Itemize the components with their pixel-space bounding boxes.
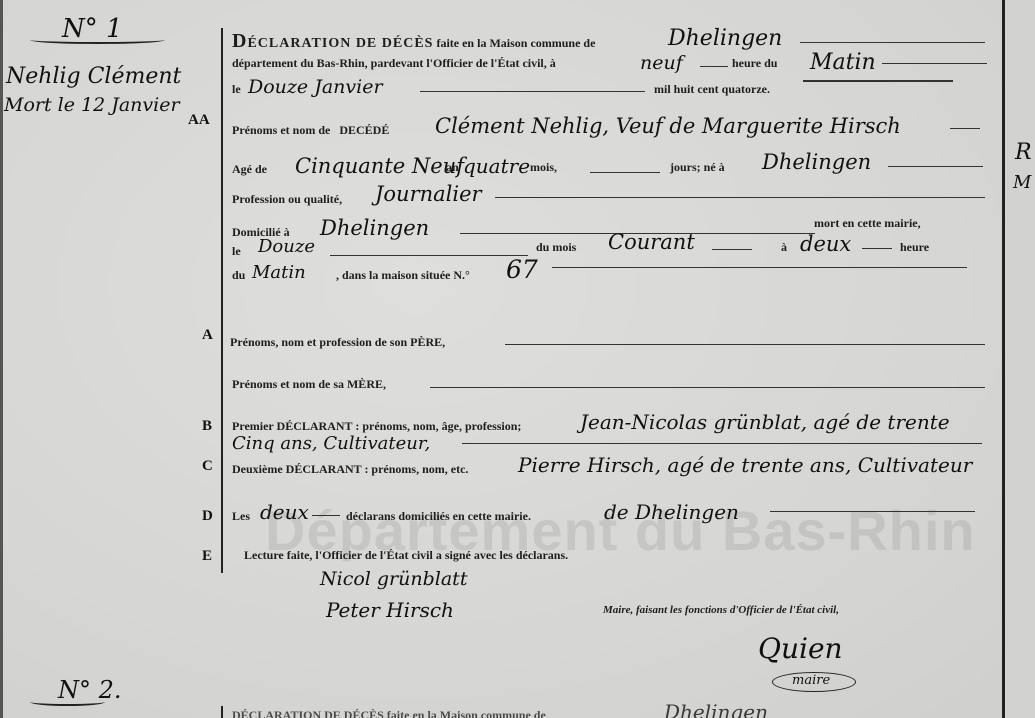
mayor-caption: Maire, faisant les fonctions d'Officier …: [603, 604, 839, 616]
next-page-fragment: M: [1013, 172, 1031, 193]
declarant-count-value: deux: [260, 500, 309, 524]
birthplace-value: Dhelingen: [762, 150, 871, 174]
declarant1-value-cont: Cinq ans, Cultivateur,: [232, 433, 430, 454]
page-edge: [0, 0, 3, 718]
declarant1-signature: Nicol grünblatt: [320, 568, 467, 590]
mother-label: Prénoms et nom de sa MÈRE,: [232, 377, 386, 392]
period-value: Matin: [810, 50, 876, 75]
title-capital: D: [232, 30, 247, 52]
declarant1-label: Premier DÉCLARANT : prénoms, nom, âge, p…: [232, 419, 521, 434]
document-page: Département du Bas-Rhin R M N° 1 Nehlig …: [0, 0, 1035, 718]
les-text: Les: [232, 509, 250, 524]
section-letter: B: [202, 418, 212, 435]
house-text: , dans la maison située N.°: [336, 268, 470, 283]
fill-line: [330, 255, 528, 256]
age-months-value: quatre: [463, 154, 530, 178]
form-left-rule: [221, 28, 223, 573]
heure-du-text: heure du: [732, 56, 777, 71]
death-month-value: Courant: [608, 230, 695, 254]
heure-text: heure: [900, 240, 929, 255]
declarants-domicile-text: déclarans domiciliés en cette mairie.: [346, 509, 531, 524]
le-text: le: [232, 244, 241, 259]
next-page-fragment: R: [1015, 140, 1032, 165]
flourish: [30, 698, 105, 706]
mayor-title: maire: [792, 673, 830, 688]
fill-line: [862, 248, 892, 249]
deceased-value: Clément Nehlig, Veuf de Marguerite Hirsc…: [435, 114, 901, 138]
deceased-label-text: Prénoms et nom de: [232, 123, 330, 137]
fill-line: [712, 249, 752, 250]
fill-line: [882, 63, 987, 64]
deceased-label: Prénoms et nom de DECÉDÉ: [232, 123, 389, 138]
title-rest: ÉCLARATION DE DÉCÈS: [247, 36, 433, 51]
fill-line: [950, 128, 980, 129]
entry2-commune: Dhelingen: [664, 700, 768, 718]
declarant2-value: Pierre Hirsch, agé de trente ans, Cultiv…: [518, 453, 972, 477]
heading-intro: faite en la Maison commune de: [436, 36, 595, 50]
fill-line: [888, 166, 983, 167]
du-text: du: [232, 268, 245, 283]
mother-fill-line: [430, 387, 985, 388]
reading-statement: Lecture faite, l'Officier de l'État civi…: [244, 548, 568, 563]
section-letter: AA: [188, 112, 210, 129]
entry2-heading: DÉCLARATION DE DÉCÈS faite en la Maison …: [232, 708, 546, 718]
house-period-value: Matin: [252, 262, 306, 283]
mayor-signature: Quien: [758, 632, 843, 665]
house-number-value: 67: [506, 255, 538, 284]
declarant2-signature: Peter Hirsch: [326, 598, 454, 622]
mort-text: mort en cette mairie,: [814, 216, 921, 231]
father-fill-line: [505, 344, 985, 345]
fill-line: [700, 66, 728, 67]
age-label: Agé de: [232, 162, 267, 177]
form-left-rule-entry2: [221, 706, 223, 718]
death-day-value: Douze: [258, 236, 315, 257]
commune-value: Dhelingen: [668, 26, 782, 51]
an-text: an: [446, 160, 459, 175]
section-letter: C: [202, 458, 213, 475]
year-text: mil huit cent quatorze.: [654, 82, 770, 97]
hour-value: neuf: [640, 52, 683, 74]
jours-text: jours; né à: [670, 160, 725, 175]
a-text: à: [781, 240, 787, 255]
declarant1-value: Jean-Nicolas grünblat, agé de trente: [580, 410, 950, 434]
fill-line: [420, 91, 645, 92]
fill-line: [495, 197, 985, 198]
deceased-margin-name: Nehlig Clément: [6, 64, 181, 89]
age-years-value: Cinquante Neuf: [295, 154, 464, 178]
declarant2-label: Deuxième DÉCLARANT : prénoms, nom, etc.: [232, 462, 468, 477]
heading-title: DÉCLARATION DE DÉCÈS faite en la Maison …: [232, 30, 595, 53]
du-mois-text: du mois: [536, 240, 576, 255]
deceased-label-caps: DECÉDÉ: [339, 123, 389, 137]
fill-line: [590, 172, 660, 173]
section-letter: E: [202, 548, 212, 565]
registration-date: Douze Janvier: [248, 76, 383, 98]
death-hour-value: deux: [800, 232, 851, 256]
death-margin-note: Mort le 12 Janvier: [4, 94, 180, 116]
fill-line: [800, 42, 985, 43]
flourish: [30, 36, 165, 44]
mois-text: mois,: [530, 160, 557, 175]
declarants-domicile-value: de Dhelingen: [604, 500, 739, 524]
profession-label: Profession ou qualité,: [232, 192, 342, 207]
fill-line: [462, 443, 982, 444]
fill-line: [803, 80, 953, 82]
fill-line: [312, 515, 340, 516]
father-label: Prénoms, nom et profession de son PÈRE,: [230, 335, 445, 350]
next-page-margin: R M: [1005, 0, 1035, 718]
profession-value: Journalier: [375, 182, 482, 206]
domicile-value: Dhelingen: [320, 216, 429, 240]
fill-line: [552, 267, 967, 268]
section-letter: A: [202, 327, 213, 344]
officer-text: département du Bas-Rhin, pardevant l'Off…: [232, 56, 556, 71]
fill-line: [770, 511, 975, 512]
section-letter: D: [202, 508, 213, 525]
le-text: le: [232, 82, 241, 97]
